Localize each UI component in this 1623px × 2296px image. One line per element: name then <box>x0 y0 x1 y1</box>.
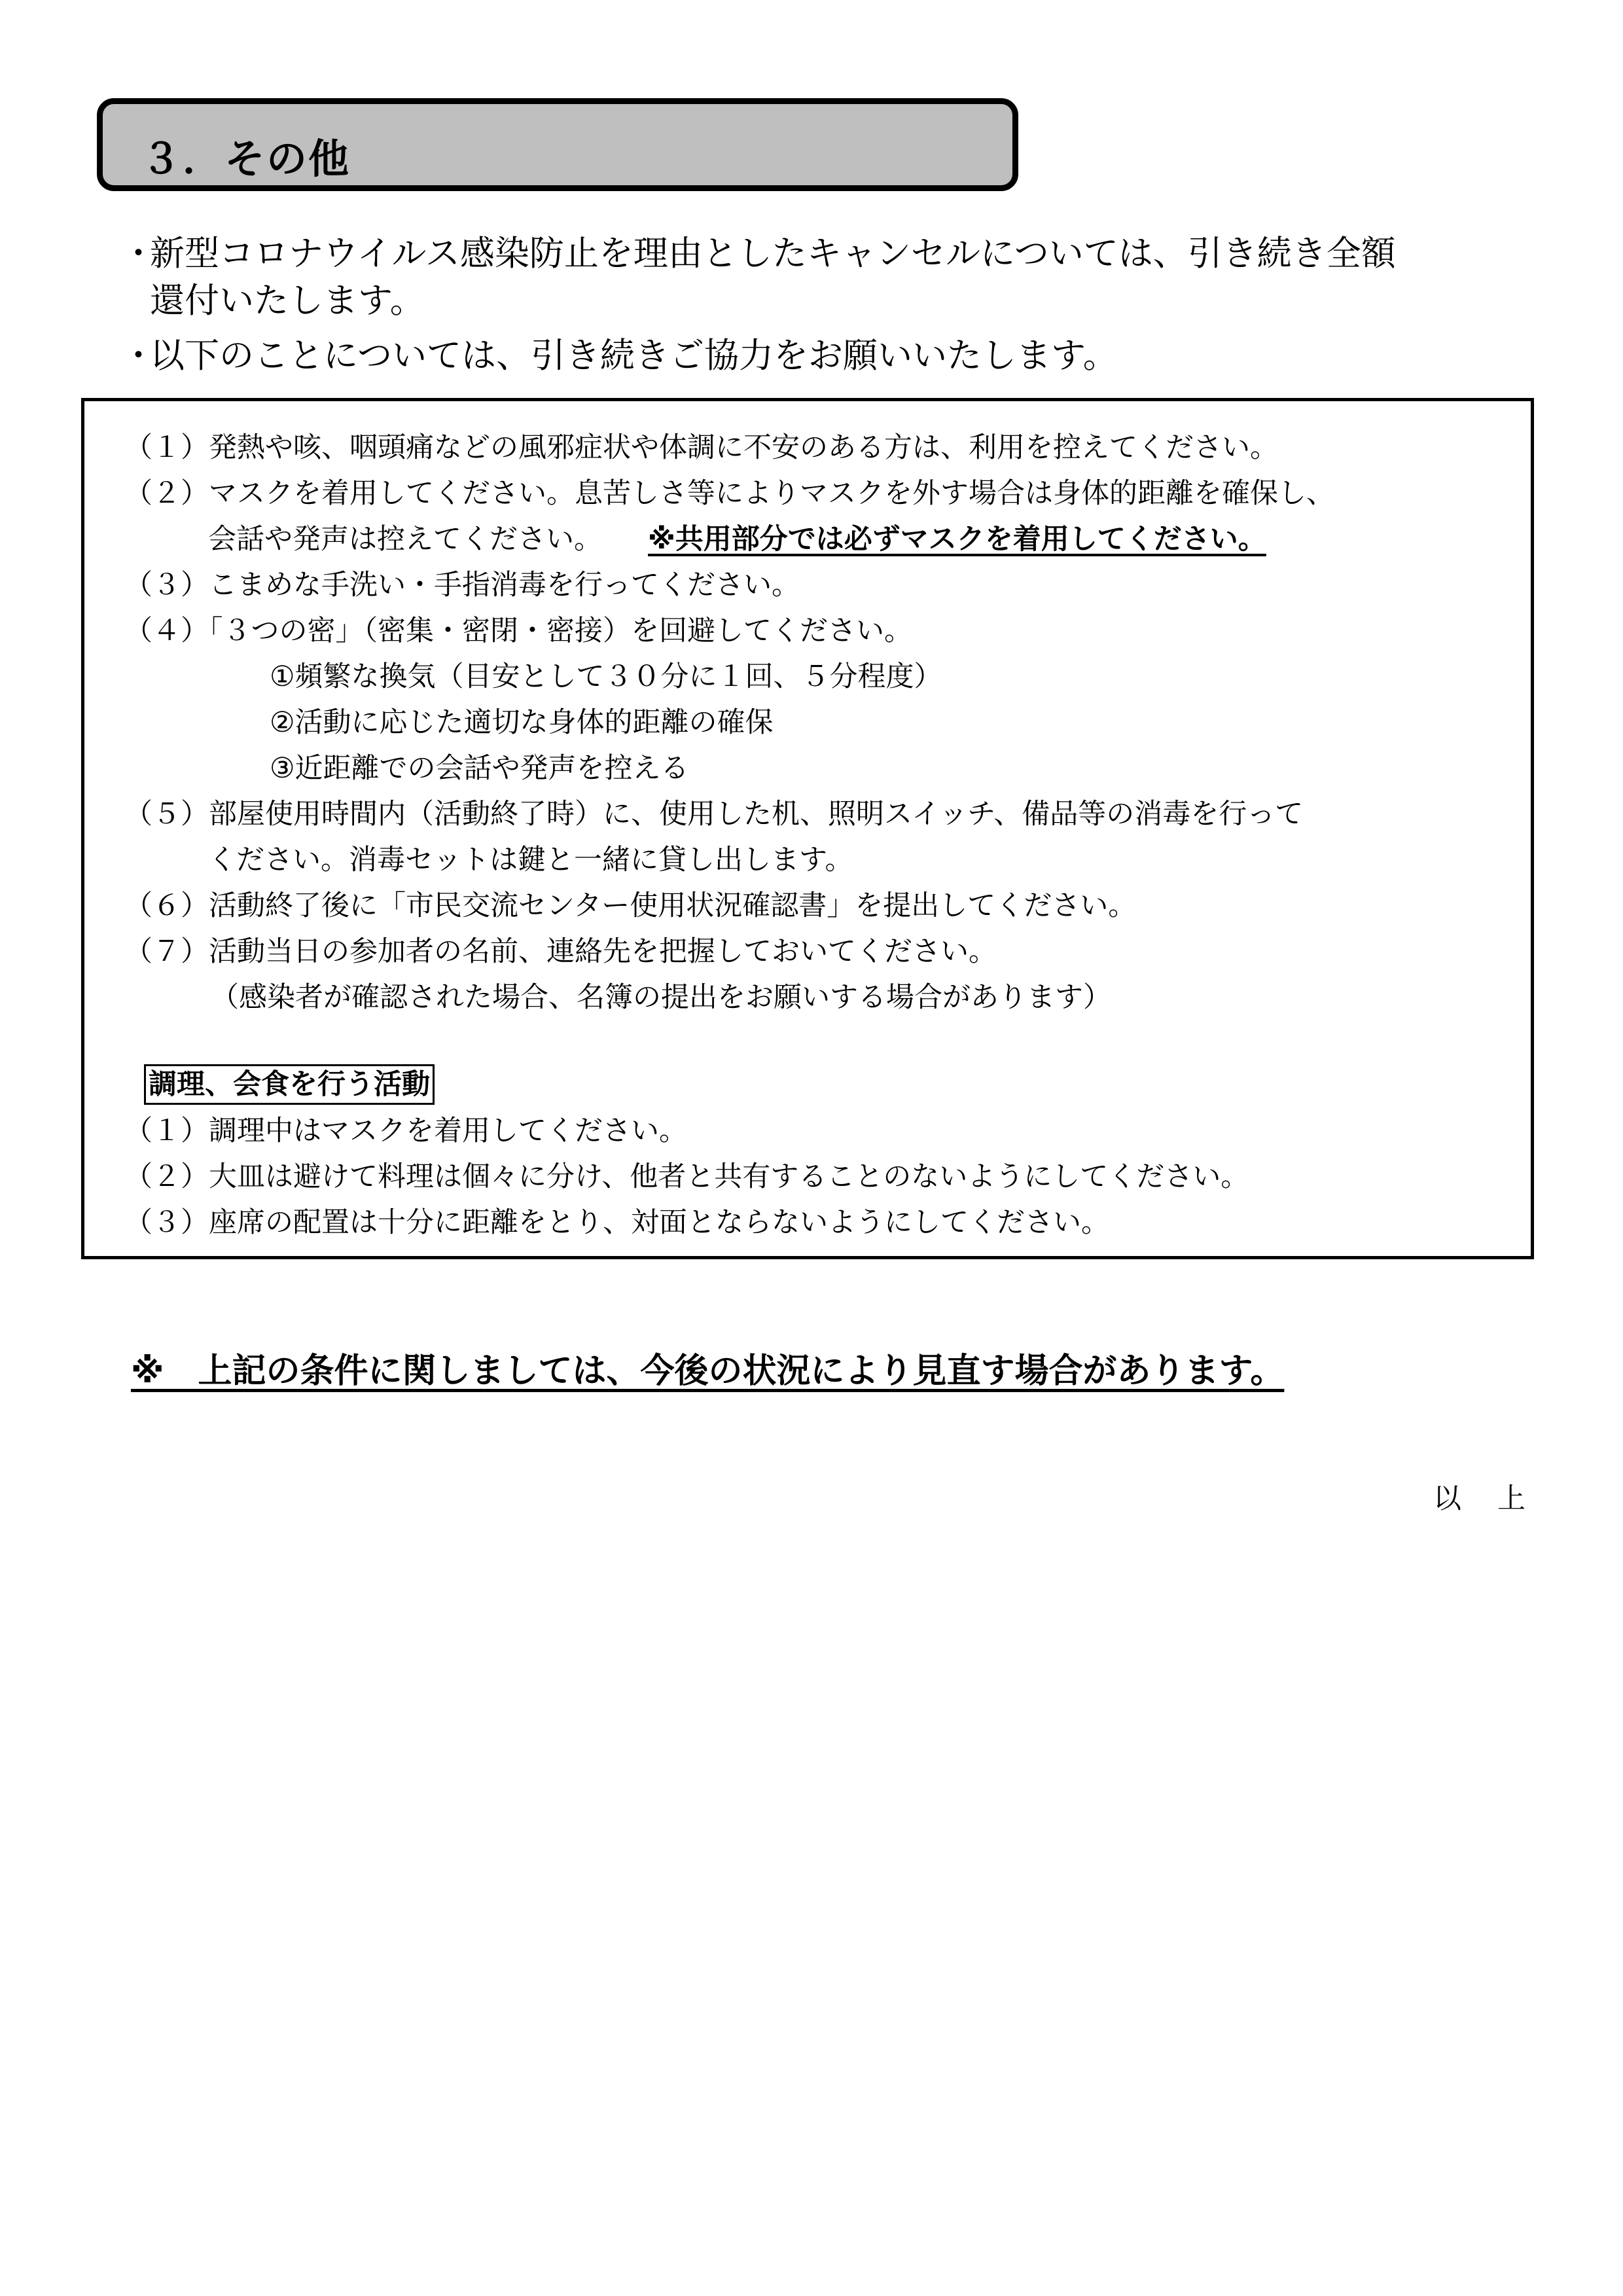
item-6: （６）活動終了後に「市民交流センター使用状況確認書」を提出してください。 <box>124 888 1136 924</box>
item-1: （１）発熱や咳、咽頭痛などの風邪症状や体調に不安のある方は、利用を控えてください… <box>124 429 1278 466</box>
mask-emphasis: ※共用部分では必ずマスクを着用してください。 <box>648 523 1266 556</box>
revision-note: ※ 上記の条件に関しましては、今後の状況により見直す場合があります。 <box>131 1343 1284 1392</box>
bullet-continuation: 還付いたします。 <box>121 281 425 321</box>
item-4-sub-1: ①頻繁な換気（目安として３０分に１回、５分程度） <box>270 658 942 695</box>
item-number: （４） <box>124 615 209 647</box>
item-text: 座席の配置は十分に距離をとり、対面とならないようにしてください。 <box>209 1206 1109 1239</box>
item-text: こまめな手洗い・手指消毒を行ってください。 <box>209 569 800 601</box>
bullet-mark: ・ <box>121 332 150 380</box>
item-number: （６） <box>124 889 209 922</box>
item-number: （１） <box>124 431 209 464</box>
item-number: （３） <box>124 1206 209 1239</box>
item-text: 会話や発声は控えてください。 <box>208 523 602 556</box>
item-text: 発熱や咳、咽頭痛などの風邪症状や体調に不安のある方は、利用を控えてください。 <box>209 431 1278 464</box>
item-text: 部屋使用時間内（活動終了時）に、使用した机、照明スイッチ、備品等の消毒を行って <box>209 798 1303 831</box>
item-text: 大皿は避けて料理は個々に分け、他者と共有することのないようにしてください。 <box>209 1160 1249 1193</box>
item-5-continuation: ください。消毒セットは鍵と一緒に貸し出します。 <box>208 842 853 878</box>
item-text: 活動終了後に「市民交流センター使用状況確認書」を提出してください。 <box>209 889 1136 922</box>
bullet-mark: ・ <box>121 230 150 278</box>
item-number: （５） <box>124 798 209 831</box>
item-text: 調理中はマスクを着用してください。 <box>209 1115 687 1147</box>
bullet-refund: ・新型コロナウイルス感染防止を理由としたキャンセルについては、引き続き全額 還付… <box>121 230 1396 325</box>
cooking-subheading: 調理、会食を行う活動 <box>144 1064 435 1105</box>
cooking-item-2: （２）大皿は避けて料理は個々に分け、他者と共有することのないようにしてください。 <box>124 1158 1249 1195</box>
section-heading-box: ３．その他 <box>97 98 1018 191</box>
item-number: （７） <box>124 935 209 968</box>
bullet-cooperation: ・以下のことについては、引き続きご協力をお願いいたします。 <box>121 332 1118 380</box>
item-3: （３）こまめな手洗い・手指消毒を行ってください。 <box>124 567 800 603</box>
item-text: マスクを着用してください。息苦しさ等によりマスクを外す場合は身体的距離を確保し、 <box>209 477 1334 510</box>
item-7-continuation: （感染者が確認された場合、名簿の提出をお願いする場合があります） <box>211 979 1111 1016</box>
item-text: 活動当日の参加者の名前、連絡先を把握しておいてください。 <box>209 935 997 968</box>
item-5: （５）部屋使用時間内（活動終了時）に、使用した机、照明スイッチ、備品等の消毒を行… <box>124 796 1303 833</box>
bullet-text: 新型コロナウイルス感染防止を理由としたキャンセルについては、引き続き全額 <box>150 234 1396 274</box>
item-number: （３） <box>124 569 209 601</box>
section-title: ３．その他 <box>141 126 350 185</box>
item-2: （２）マスクを着用してください。息苦しさ等によりマスクを外す場合は身体的距離を確… <box>124 475 1334 512</box>
item-number: （２） <box>124 477 209 510</box>
item-number: （２） <box>124 1160 209 1193</box>
cooking-item-1: （１）調理中はマスクを着用してください。 <box>124 1113 687 1149</box>
item-4-sub-2: ②活動に応じた適切な身体的距離の確保 <box>270 704 774 741</box>
item-4-sub-3: ③近距離での会話や発声を控える <box>270 750 689 787</box>
cooking-item-3: （３）座席の配置は十分に距離をとり、対面とならないようにしてください。 <box>124 1204 1109 1241</box>
bullet-text: 以下のことについては、引き続きご協力をお願いいたします。 <box>150 336 1118 376</box>
item-text: 「３つの密」（密集・密閉・密接）を回避してください。 <box>209 615 912 647</box>
item-number: （１） <box>124 1115 209 1147</box>
item-4: （４）「３つの密」（密集・密閉・密接）を回避してください。 <box>124 613 912 649</box>
item-2-continuation: 会話や発声は控えてください。※共用部分では必ずマスクを着用してください。 <box>208 521 1266 558</box>
item-7: （７）活動当日の参加者の名前、連絡先を把握しておいてください。 <box>124 933 997 970</box>
closing-mark: 以 上 <box>1433 1477 1529 1516</box>
